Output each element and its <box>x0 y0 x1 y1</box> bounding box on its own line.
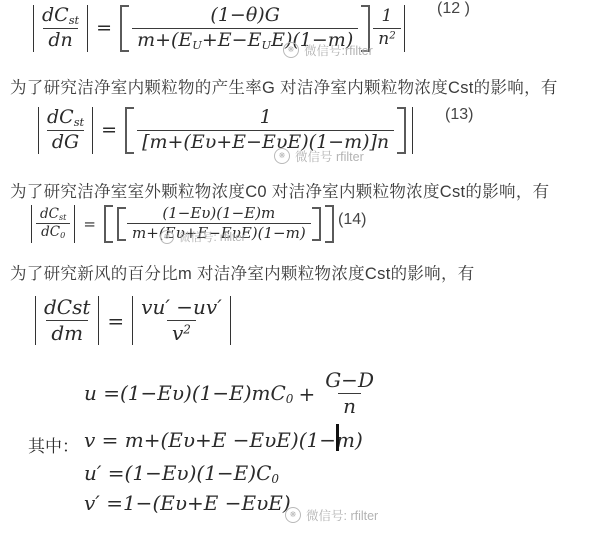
watermark-text: 微信号: rfilter <box>306 506 378 524</box>
left-bracket-outer <box>104 205 113 243</box>
abs-bar <box>35 296 36 345</box>
abs-bar <box>92 107 93 154</box>
eq12-n2-numerator: 1 <box>377 7 398 28</box>
equation-14-label: (14) <box>338 211 366 229</box>
eq12-lhs-fraction: dCst dn <box>37 5 84 52</box>
watermark-4: ❋ 微信号: rfilter <box>285 506 378 524</box>
paragraph-3: 为了研究新风的百分比m 对洁净室内颗粒物浓度Cst的影响，有 <box>10 260 475 284</box>
left-bracket <box>120 5 129 52</box>
v-prime-expression: v′ =1−(Eυ+E −EυE) <box>84 491 291 515</box>
watermark-3: ❋ 微信号: rfilter <box>160 229 245 245</box>
eq13-lhs-denominator: dG <box>47 130 84 154</box>
right-bracket-outer <box>325 205 334 243</box>
equation-v-prime: v′ =1−(Eυ+E −EυE) <box>84 491 291 515</box>
abs-bar <box>412 107 413 154</box>
where-label: 其中： <box>28 432 79 457</box>
paragraph-2: 为了研究洁净室室外颗粒物浓度C0 对洁净室内颗粒物浓度Cst的影响，有 <box>10 178 549 202</box>
left-bracket <box>125 107 134 154</box>
equals-sign: = <box>83 215 96 233</box>
equation-v: v = m+(Eυ+E −EυE)(1−m) <box>84 428 363 452</box>
watermark-text: 微信号 rfilter <box>295 147 364 165</box>
plus-sign: + <box>298 382 315 406</box>
eq13-numerator: 1 <box>255 107 277 130</box>
dm-lhs-denominator: dm <box>46 320 88 345</box>
eq14-numerator: (1−Eυ)(1−E)m <box>157 205 280 223</box>
watermark-2: ❋ 微信号 rfilter <box>274 147 364 165</box>
abs-bar <box>31 205 32 243</box>
equation-u-prime: u′ =(1−Eυ)(1−E)C0 <box>84 461 279 486</box>
eq14-lhs-denominator: dC0 <box>36 223 70 241</box>
dm-rhs-fraction: vu′ −uv′ v2 <box>136 296 227 345</box>
wechat-logo-icon: ❋ <box>283 42 299 58</box>
watermark-1: ❋ 微信号:rfilter <box>283 41 373 59</box>
abs-bar <box>74 205 75 243</box>
dm-rhs-denominator: v2 <box>167 320 196 345</box>
u-fraction: G−D n <box>320 369 379 418</box>
u-fraction-denominator: n <box>338 393 361 418</box>
eq14-lhs-numerator: dCst <box>35 207 71 224</box>
left-bracket-inner <box>117 207 126 241</box>
u-fraction-numerator: G−D <box>320 369 379 393</box>
dm-rhs-numerator: vu′ −uv′ <box>136 296 227 320</box>
right-bracket <box>397 107 406 154</box>
dm-lhs-fraction: dCst dm <box>39 296 95 345</box>
abs-bar <box>98 296 99 345</box>
abs-bar <box>87 5 88 52</box>
watermark-text: 微信号:rfilter <box>304 41 373 59</box>
abs-bar <box>230 296 231 345</box>
eq13-lhs-fraction: dCst dG <box>42 107 89 154</box>
abs-bar <box>404 5 405 52</box>
eq12-n2-denominator: n2 <box>373 28 400 50</box>
u-expression: u =(1−Eυ)(1−E)mC0 <box>84 381 293 406</box>
abs-bar <box>38 107 39 154</box>
abs-bar <box>132 296 133 345</box>
equation-12-label: (12 ) <box>437 0 470 18</box>
v-expression: v = m+(Eυ+E −EυE)(1−m) <box>84 428 363 452</box>
eq12-lhs-numerator: dCst <box>37 5 84 28</box>
paragraph-1: 为了研究洁净室内颗粒物的产生率G 对洁净室内颗粒物浓度Cst的影响，有 <box>10 74 558 98</box>
eq12-lhs-denominator: dn <box>43 28 77 52</box>
article-page: dCst dn = (1−θ)G m+(EU+E−EUE)(1−m) 1 n2 … <box>0 0 597 553</box>
wechat-logo-icon: ❋ <box>274 148 290 164</box>
equation-dcst-dm: dCst dm = vu′ −uv′ v2 <box>32 296 234 345</box>
right-bracket-inner <box>312 207 321 241</box>
wechat-logo-icon: ❋ <box>160 230 174 244</box>
equation-13-label: (13) <box>445 106 473 124</box>
u-prime-expression: u′ =(1−Eυ)(1−E)C0 <box>84 461 279 486</box>
wechat-logo-icon: ❋ <box>285 507 301 523</box>
equals-sign: = <box>96 17 112 39</box>
equation-u: u =(1−Eυ)(1−E)mC0 + G−D n <box>84 369 379 418</box>
text-cursor <box>336 424 339 451</box>
eq14-lhs-fraction: dCst dC0 <box>35 207 71 241</box>
abs-bar <box>33 5 34 52</box>
watermark-text: 微信号: rfilter <box>179 229 245 245</box>
equals-sign: = <box>107 309 124 333</box>
dm-lhs-numerator: dCst <box>39 296 95 320</box>
eq12-numerator: (1−θ)G <box>205 5 284 28</box>
equals-sign: = <box>101 119 117 141</box>
eq12-n2-fraction: 1 n2 <box>373 7 400 49</box>
eq13-lhs-numerator: dCst <box>42 107 89 130</box>
